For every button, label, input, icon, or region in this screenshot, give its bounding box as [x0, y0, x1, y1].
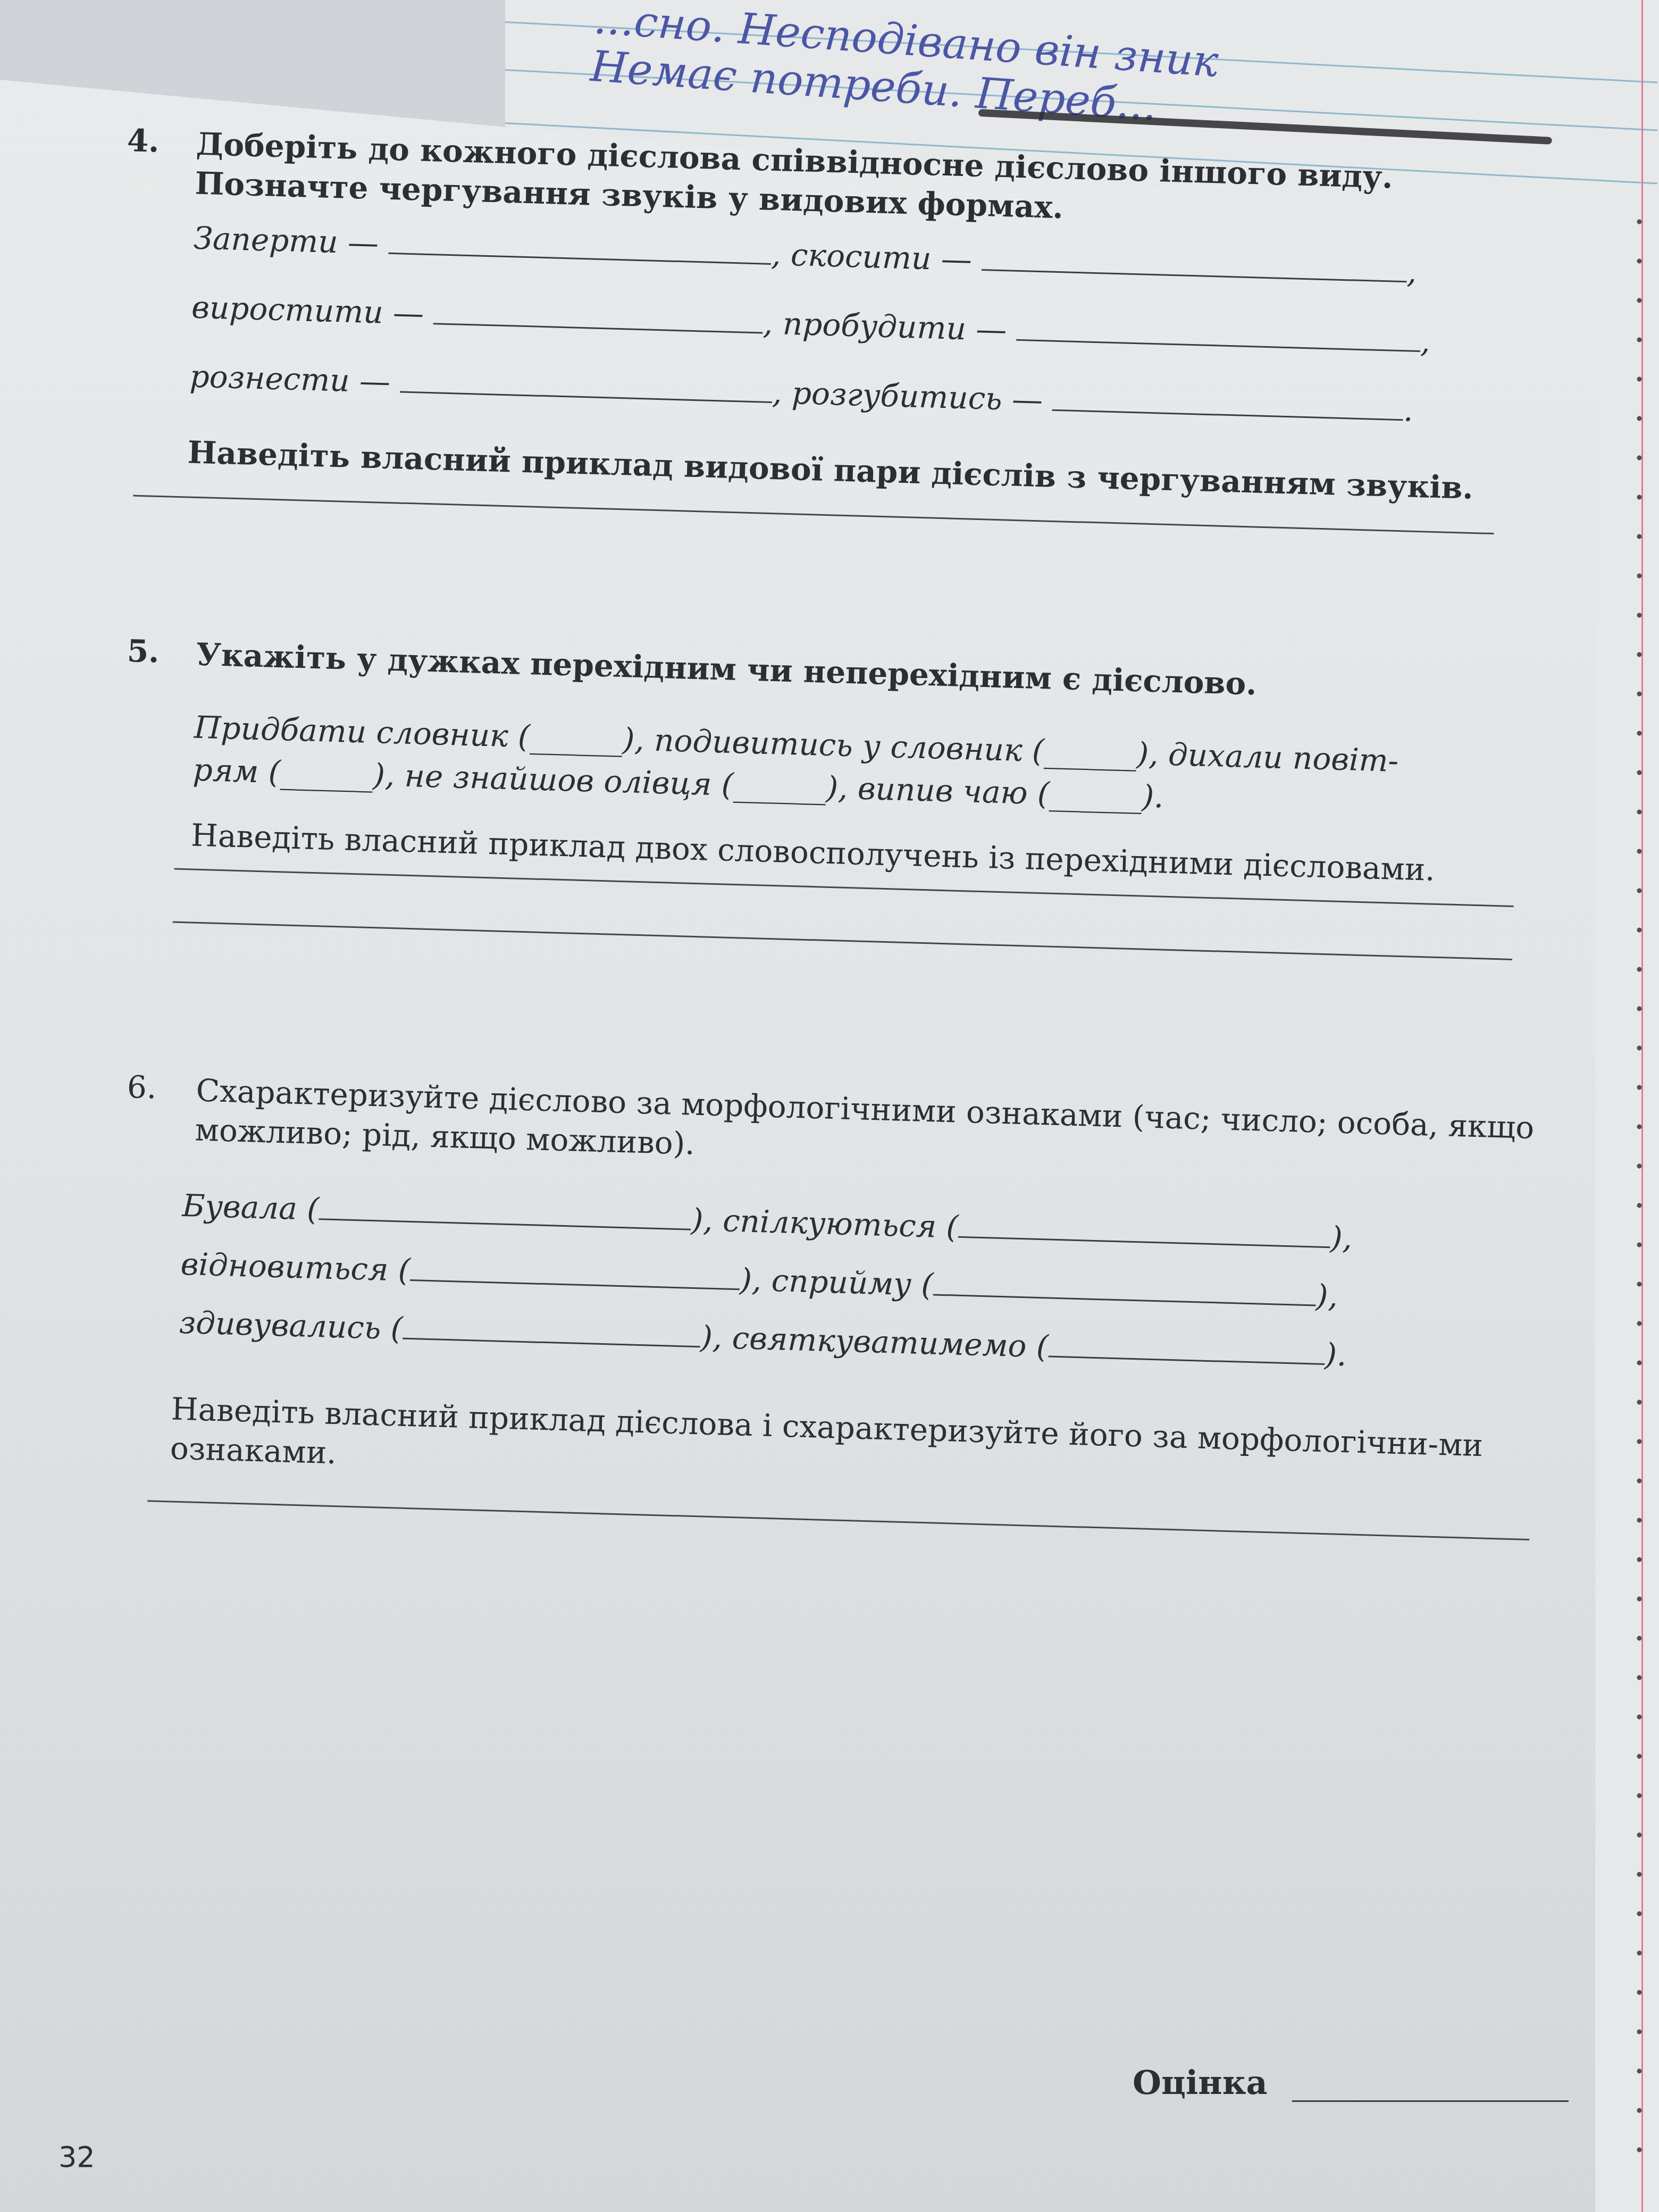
answer-blank[interactable]: [933, 1294, 1316, 1306]
answer-blank[interactable]: [1048, 1356, 1325, 1365]
task-number: 6.: [127, 1069, 157, 1106]
perforation-dots: [1636, 202, 1643, 2169]
answer-blank[interactable]: [400, 391, 772, 403]
answer-blank[interactable]: [319, 1218, 691, 1230]
verb-prompt: пробудити —: [782, 306, 1007, 348]
verb-prompt: відновиться: [180, 1246, 389, 1288]
verb-prompt: виростити —: [191, 289, 424, 332]
verb-prompt: розгубитись —: [791, 375, 1043, 418]
task-number: 4.: [127, 122, 160, 160]
verb-prompt: скосити —: [790, 237, 972, 278]
page-number: 32: [58, 2140, 95, 2174]
grade-field[interactable]: [1292, 2100, 1569, 2102]
verb-prompt: здивувались: [179, 1304, 382, 1346]
verb-prompt: спілкуються: [722, 1202, 937, 1244]
answer-blank[interactable]: [388, 253, 771, 265]
verb-prompt: рознести —: [189, 358, 391, 400]
answer-blank[interactable]: [958, 1236, 1330, 1249]
answer-blank[interactable]: [433, 323, 763, 333]
verb-prompt: Заперти —: [193, 220, 379, 262]
verb-prompt: сприйму: [771, 1262, 912, 1302]
answer-blank[interactable]: [1052, 409, 1403, 421]
verb-prompt: Бувала: [182, 1187, 298, 1227]
task-number: 5.: [127, 633, 160, 670]
grade-label: Оцінка: [1133, 2063, 1268, 2102]
answer-blank[interactable]: [410, 1279, 740, 1290]
answer-blank[interactable]: [403, 1338, 700, 1348]
